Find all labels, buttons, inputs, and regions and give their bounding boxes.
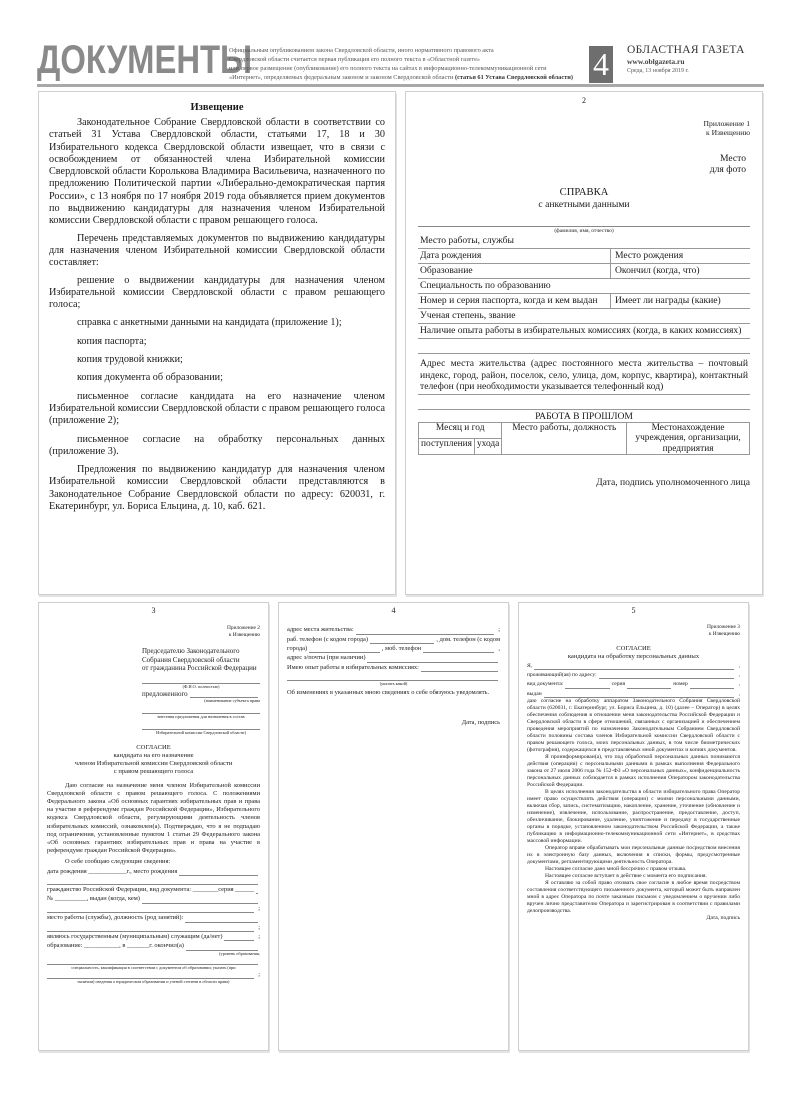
form-field: раб. телефон (с кодом города), дом. теле… bbox=[287, 636, 500, 644]
document-page-5: 5 Приложение 3 к Извещению СОГЛАСИЕ канд… bbox=[518, 602, 749, 1051]
list-item: письменное согласие кандидата на его наз… bbox=[49, 391, 385, 428]
list-item: копия трудовой книжки; bbox=[49, 354, 385, 366]
form-field: адрес места жительства:; bbox=[287, 626, 500, 634]
paragraph: даю согласие на обработку аппаратом Зако… bbox=[527, 698, 740, 754]
photo-placeholder: Место для фото bbox=[418, 153, 750, 175]
address-field: Адрес места жительства (адрес постоянног… bbox=[418, 358, 750, 395]
paragraph: Предложения по выдвижению кандидатур для… bbox=[49, 464, 385, 513]
document-page-1: Извещение Законодательное Собрание Сверд… bbox=[38, 91, 396, 595]
appendix-label: Приложение 1 к Извещению bbox=[418, 119, 750, 137]
page-number-badge: 4 bbox=[589, 46, 613, 83]
header-start: поступления bbox=[419, 438, 475, 454]
page-number: 5 bbox=[527, 607, 740, 614]
newspaper-name: ОБЛАСТНАЯ ГАЗЕТА bbox=[627, 44, 767, 56]
blank-line bbox=[418, 395, 750, 410]
paragraph: Перечень представляемых документов по вы… bbox=[49, 233, 385, 270]
issue-date: Среда, 13 ноября 2019 г. bbox=[627, 68, 767, 74]
header-month-year: Месяц и год bbox=[419, 422, 502, 438]
document-page-3: 3 Приложение 2 к Извещению Председателю … bbox=[38, 602, 269, 1051]
list-item: письменное согласие на обработку персона… bbox=[49, 434, 385, 459]
appendix-label: Приложение 2 к Извещению bbox=[47, 625, 260, 638]
work-history-title: РАБОТА В ПРОШЛОМ bbox=[418, 411, 750, 422]
form-row: Дата рожденияМесто рождения bbox=[418, 249, 750, 264]
newspaper-info: ОБЛАСТНАЯ ГАЗЕТА www.oblgazeta.ru Среда,… bbox=[627, 44, 767, 74]
page-number: 2 bbox=[418, 96, 750, 105]
list-item: копия паспорта; bbox=[49, 336, 385, 348]
form-row: Наличие опыта работы в избирательных ком… bbox=[418, 324, 750, 339]
fio-line bbox=[418, 212, 750, 227]
form-field: гражданство Российской Федерации, вид до… bbox=[47, 886, 260, 894]
consent-title: СОГЛАСИЕ bbox=[527, 645, 740, 653]
list-item: решение о выдвижении кандидатуры для наз… bbox=[49, 275, 385, 312]
masthead: ДОКУМЕНТЫ Официальным опубликованием зак… bbox=[37, 42, 764, 86]
paragraph: Я проинформирован(а), что под обработкой… bbox=[527, 754, 740, 789]
header-end: ухода bbox=[474, 438, 501, 454]
form-field: № __________, выдан (когда, кем) bbox=[47, 895, 260, 903]
document-page-2: 2 Приложение 1 к Извещению Место для фот… bbox=[405, 91, 763, 595]
masthead-divider bbox=[37, 84, 764, 87]
newspaper-url[interactable]: www.oblgazeta.ru bbox=[627, 57, 767, 66]
addressee-block: Председателю Законодательного Собрания С… bbox=[142, 647, 260, 735]
publication-notice: Официальным опубликованием закона Свердл… bbox=[229, 46, 609, 82]
form-field: являюсь государственным (муниципальным) … bbox=[47, 933, 260, 941]
page-number: 3 bbox=[47, 607, 260, 615]
header-location: Местонахождение учреждения, организации,… bbox=[627, 422, 750, 455]
form-row: Место работы, службы bbox=[418, 234, 750, 249]
consent-body: Даю согласие на назначение меня членом И… bbox=[47, 782, 260, 856]
form-field: проживающий(ая) по адресу:, bbox=[527, 671, 740, 679]
section-title: ДОКУМЕНТЫ bbox=[37, 38, 252, 82]
form-field: вид документа:серияномер, bbox=[527, 680, 740, 688]
form-subtitle: с анкетными данными bbox=[418, 199, 750, 210]
form-field: образование: ___________, в _______г. ок… bbox=[47, 942, 260, 950]
commitment-text: Об изменениях в указанных мною сведениях… bbox=[287, 689, 500, 697]
blank-line bbox=[418, 339, 750, 354]
header-place: Место работы, должность bbox=[502, 422, 627, 455]
form-title: СПРАВКА bbox=[418, 187, 750, 199]
list-item: копия документа об образовании; bbox=[49, 372, 385, 384]
signature-label: Дата, подпись bbox=[527, 915, 740, 922]
notice-title: Извещение bbox=[49, 102, 385, 113]
paragraph: В целях исполнения законодательства в об… bbox=[527, 789, 740, 845]
form-field: города), моб. телефон, bbox=[287, 645, 500, 653]
paragraph: Законодательное Собрание Свердловской об… bbox=[49, 117, 385, 228]
form-field: адрес э/почты (при наличии) bbox=[287, 654, 500, 662]
work-history-table: Месяц и год Место работы, должность Мест… bbox=[418, 422, 750, 456]
form-field: Я,, bbox=[527, 662, 740, 670]
form-row: Специальность по образованию bbox=[418, 279, 750, 294]
form-field: дата рождения ____________г., место рожд… bbox=[47, 868, 260, 876]
form-row: ОбразованиеОкончил (когда, что) bbox=[418, 264, 750, 279]
document-page-4: 4 адрес места жительства:; раб. телефон … bbox=[278, 602, 509, 1051]
paragraph: Я оставляю за собой право отозвать свое … bbox=[527, 880, 740, 915]
signature-label: Дата, подпись уполномоченного лица bbox=[418, 477, 750, 488]
form-field: выдан, bbox=[527, 690, 740, 698]
appendix-label: Приложение 3 к Извещению bbox=[527, 624, 740, 637]
form-field: место работы (службы), должность (род за… bbox=[47, 914, 260, 922]
list-item: справка с анкетными данными на кандидата… bbox=[49, 317, 385, 329]
page-number: 4 bbox=[287, 607, 500, 615]
form-row: Номер и серия паспорта, когда и кем выда… bbox=[418, 294, 750, 309]
signature-label: Дата, подпись bbox=[287, 719, 500, 727]
paragraph: Оператор вправе обрабатывать мои персона… bbox=[527, 845, 740, 866]
consent-title: СОГЛАСИЕ bbox=[47, 744, 260, 752]
form-row: Ученая степень, звание bbox=[418, 309, 750, 324]
form-field: Имею опыт работы в избирательных комисси… bbox=[287, 664, 500, 672]
